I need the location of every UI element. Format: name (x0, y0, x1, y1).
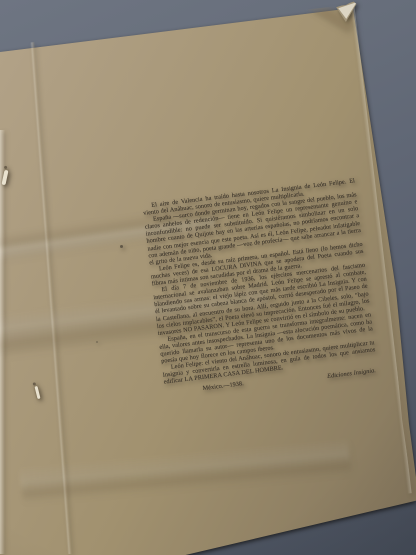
paper-speck (96, 341, 98, 343)
page-fold-crease (31, 42, 72, 555)
binding-thread (34, 386, 40, 399)
book-page: El aire de Valencia ha traído hasta noso… (0, 0, 416, 555)
stitch-hole (4, 166, 8, 170)
page-left-edge (0, 130, 5, 554)
paper-speck (120, 245, 123, 248)
colophon-place-date: México.—1938. (202, 381, 244, 393)
stitch-hole (33, 382, 37, 386)
page-text-block: El aire de Valencia ha traído hasta noso… (142, 177, 378, 397)
paper-crease (19, 438, 351, 503)
publisher-imprint: Ediciones Insignia. (327, 368, 376, 381)
book-page-wrap: El aire de Valencia ha traído hasta noso… (0, 0, 416, 555)
photo-backdrop: El aire de Valencia ha traído hasta noso… (0, 0, 416, 555)
